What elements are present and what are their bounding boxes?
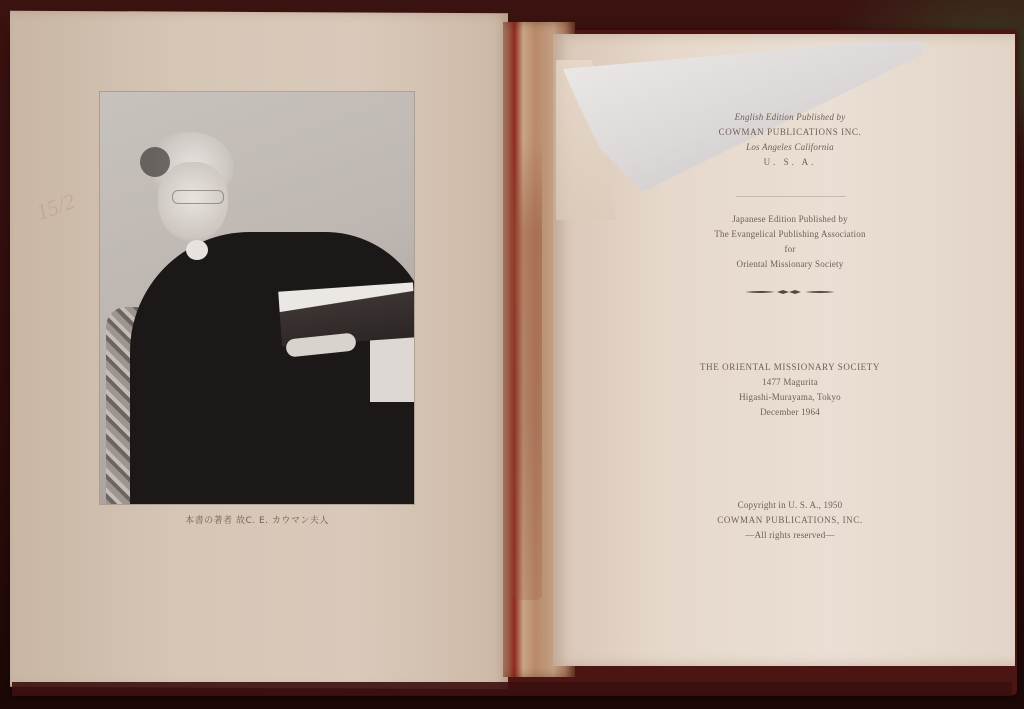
author-portrait-photo (100, 92, 414, 504)
divider-rule (736, 196, 846, 197)
japanese-edition-line1: Japanese Edition Published by (640, 212, 940, 227)
society-city: Higashi-Murayama, Tokyo (640, 390, 940, 405)
glasses (172, 190, 224, 204)
english-edition-block: English Edition Published by COWMAN PUBL… (640, 110, 940, 170)
english-edition-publisher: COWMAN PUBLICATIONS INC. (640, 125, 940, 140)
corsage-flower (186, 240, 208, 260)
english-edition-city: Los Angeles California (640, 140, 940, 155)
spine-stain (512, 140, 542, 600)
copyright-holder: COWMAN PUBLICATIONS, INC. (640, 513, 940, 528)
society-block: THE ORIENTAL MISSIONARY SOCIETY 1477 Mag… (640, 360, 940, 420)
society-date: December 1964 (640, 405, 940, 420)
ornament-icon (745, 288, 835, 296)
book-bottom-edge (12, 682, 1012, 696)
society-name: THE ORIENTAL MISSIONARY SOCIETY (640, 360, 940, 375)
copyright-line: Copyright in U. S. A., 1950 (640, 498, 940, 513)
japanese-edition-block: Japanese Edition Published by The Evange… (640, 212, 940, 272)
japanese-edition-for: for (640, 242, 940, 257)
english-edition-country: U. S. A. (640, 155, 940, 170)
japanese-edition-publisher: The Evangelical Publishing Association (640, 227, 940, 242)
english-edition-line1: English Edition Published by (640, 110, 940, 125)
photo-caption: 本書の著者 故C. E. カウマン夫人 (100, 513, 414, 526)
copyright-block: Copyright in U. S. A., 1950 COWMAN PUBLI… (640, 498, 940, 543)
rights-reserved: —All rights reserved— (640, 528, 940, 543)
japanese-edition-society: Oriental Missionary Society (640, 257, 940, 272)
society-address: 1477 Magurita (640, 375, 940, 390)
